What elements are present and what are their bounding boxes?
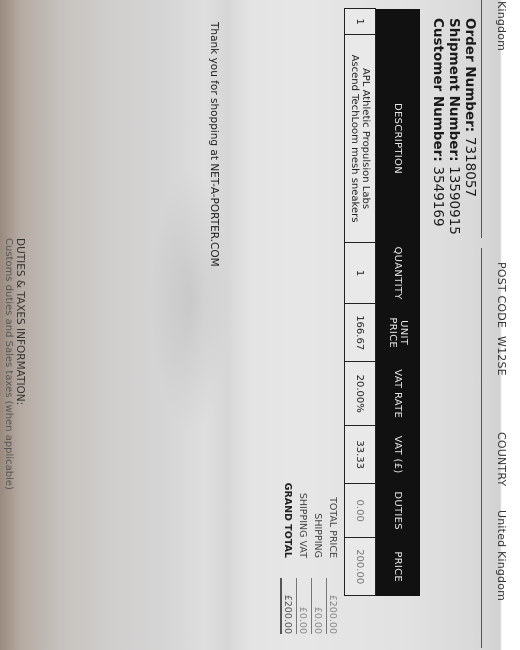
totals-block: TOTAL PRICE £200.00 SHIPPING £0.00 SHIPP… [278,468,338,638]
country-partial: United Kingdom [495,0,508,51]
customer-number-label: Customer Number: [430,18,446,162]
header-quantity: QUANTITY [376,243,421,304]
shipping-vat-value: £0.00 [296,578,308,634]
customer-number-row: Customer Number: 3549169 [430,18,446,235]
shipping-vat-row: SHIPPING VAT £0.00 [293,468,308,638]
row-quantity: 1 [345,243,376,304]
row-vat: 33.33 [345,426,376,484]
shipping-row: SHIPPING £0.00 [308,468,323,638]
header-unit-price-line1: UNIT [398,308,409,358]
total-price-value: £200.00 [326,578,338,634]
invoice-sheet: United Kingdom POST CODE W12SE COUNTRY U… [0,0,520,650]
header-price: PRICE [376,538,421,596]
duties-info-line: Customs duties and Sales taxes (when app… [2,238,14,490]
row-index: 1 [345,9,376,35]
grand-total-label: GRAND TOTAL [282,483,293,558]
row-vat-rate: 20.00% [345,362,376,426]
shipment-number-label: Shipment Number: [446,18,462,161]
post-code-value: W12SE [495,336,508,376]
country-label: COUNTRY [495,432,508,486]
header-unit-price-line2: PRICE [387,308,398,358]
post-code-label: POST CODE [495,262,508,328]
row-description-brand: APL Athletic Propulsion Labs [360,39,371,238]
total-price-label: TOTAL PRICE [327,497,338,558]
shipping-vat-label: SHIPPING VAT [297,493,308,558]
row-description-product: Ascend TechLoom mesh sneakers [349,39,360,238]
thank-you-message: Thank you for shopping at NET-A-PORTER.C… [208,22,220,267]
shipping-label: SHIPPING [312,513,323,558]
header-unit-price: UNIT PRICE [376,304,421,362]
order-info: Order Number: 7318057 Shipment Number: 1… [430,18,478,235]
header-vat: VAT (£) [376,426,421,484]
address-rule-2 [481,248,482,648]
table-header-row: DESCRIPTION QUANTITY UNIT PRICE VAT RATE… [376,9,421,596]
grand-total-row: GRAND TOTAL £200.00 [278,468,293,638]
items-table: DESCRIPTION QUANTITY UNIT PRICE VAT RATE… [344,8,420,596]
shipment-number-row: Shipment Number: 13590915 [446,18,462,235]
duties-info: DUTIES & TAXES INFORMATION: Customs duti… [2,238,26,490]
total-price-row: TOTAL PRICE £200.00 [323,468,338,638]
row-duties: 0.00 [345,484,376,538]
address-line: United Kingdom POST CODE W12SE COUNTRY U… [484,0,518,650]
row-unit-price: 166.67 [345,304,376,362]
shipment-number: 13590915 [446,166,462,235]
header-duties: DUTIES [376,484,421,538]
shipping-value: £0.00 [311,578,323,634]
header-index [376,9,421,35]
grand-total-value: £200.00 [280,578,293,634]
customer-number: 3549169 [430,166,446,226]
row-description: APL Athletic Propulsion Labs Ascend Tech… [345,35,376,243]
address-rule [481,0,482,238]
header-vat-rate: VAT RATE [376,362,421,426]
row-price: 200.00 [345,538,376,596]
table-row: 1 APL Athletic Propulsion Labs Ascend Te… [345,9,376,596]
country-value: United Kingdom [495,510,508,601]
order-number-label: Order Number: [462,18,478,132]
duties-info-heading: DUTIES & TAXES INFORMATION: [14,238,26,490]
header-description: DESCRIPTION [376,35,421,243]
order-number-row: Order Number: 7318057 [462,18,478,235]
order-number: 7318057 [462,137,478,197]
